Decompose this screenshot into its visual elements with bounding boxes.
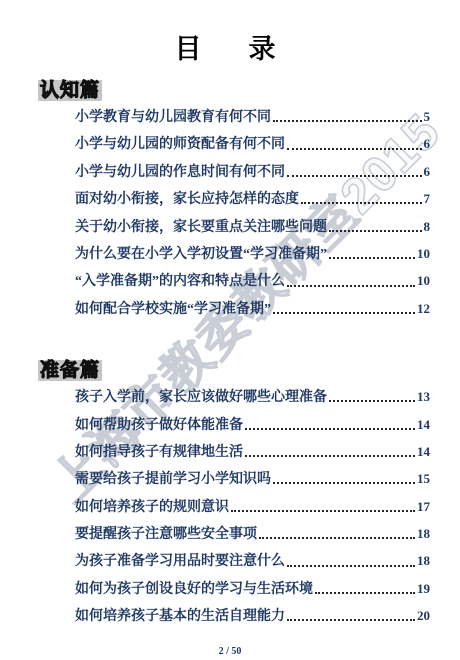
toc-entry-label: 孩子入学前，家长应该做好哪些心理准备 <box>75 384 327 411</box>
toc-entry-page: 14 <box>417 438 430 465</box>
toc-entry-label: 面对幼小衔接，家长应持怎样的态度 <box>75 186 299 213</box>
toc-section: 准备篇 孩子入学前，家长应该做好哪些心理准备 13 如何帮助孩子做好体能准备 1… <box>38 360 430 630</box>
dot-leader <box>273 120 422 122</box>
toc-entry[interactable]: 小学与幼儿园的作息时间有何不同 6 <box>75 158 430 185</box>
section-heading: 准备篇 <box>38 360 102 381</box>
toc-entry-label: 小学与幼儿园的师资配备有何不同 <box>75 131 285 158</box>
dot-leader <box>245 455 415 457</box>
toc-entry-list: 小学教育与幼儿园教育有何不同 5 小学与幼儿园的师资配备有何不同 6 小学与幼儿… <box>75 103 430 322</box>
toc-entry[interactable]: 如何为孩子创设良好的学习与生活环境 19 <box>75 575 430 602</box>
dot-leader <box>287 285 415 287</box>
toc-entry[interactable]: 如何配合学校实施“学习准备期” 12 <box>75 295 430 322</box>
toc-entry-page: 20 <box>417 602 430 629</box>
toc-entry-page: 6 <box>424 130 431 157</box>
toc-entry-page: 12 <box>417 295 430 322</box>
toc-entry[interactable]: 如何培养孩子的规则意识 17 <box>75 493 430 520</box>
dot-leader <box>315 592 415 594</box>
toc-entry-label: 需要给孩子提前学习小学知识吗 <box>75 466 271 493</box>
dot-leader <box>287 619 415 621</box>
toc-entry-label: 关于幼小衔接，家长要重点关注哪些问题 <box>75 214 327 241</box>
page-title: 目 录 <box>38 34 422 64</box>
toc-entry-page: 14 <box>417 411 430 438</box>
toc-entry-page: 19 <box>417 575 430 602</box>
dot-leader <box>287 175 422 177</box>
toc-entry[interactable]: 小学与幼儿园的师资配备有何不同 6 <box>75 130 430 157</box>
dot-leader <box>329 400 415 402</box>
toc-entry-label: 如何帮助孩子做好体能准备 <box>75 412 243 439</box>
toc-content: 目 录 认知篇 小学教育与幼儿园教育有何不同 5 小学与幼儿园的师资配备有何不同… <box>0 0 460 630</box>
toc-entry[interactable]: 为孩子准备学习用品时要注意什么 18 <box>75 547 430 574</box>
toc-entry-label: 如何指导孩子有规律地生活 <box>75 439 243 466</box>
dot-leader <box>301 202 422 204</box>
toc-entry-list: 孩子入学前，家长应该做好哪些心理准备 13 如何帮助孩子做好体能准备 14 如何… <box>75 383 430 630</box>
toc-section: 认知篇 小学教育与幼儿园教育有何不同 5 小学与幼儿园的师资配备有何不同 6 小… <box>38 80 430 322</box>
document-page: 上海市教委教研室2015 目 录 认知篇 小学教育与幼儿园教育有何不同 5 小学… <box>0 0 460 660</box>
toc-entry-label: 如何培养孩子的规则意识 <box>75 494 229 521</box>
section-heading: 认知篇 <box>38 80 102 101</box>
toc-entry-page: 10 <box>417 240 430 267</box>
toc-entry-page: 6 <box>424 158 431 185</box>
toc-entry-label: 如何配合学校实施“学习准备期” <box>75 296 271 323</box>
dot-leader <box>231 510 415 512</box>
toc-entry[interactable]: 孩子入学前，家长应该做好哪些心理准备 13 <box>75 383 430 410</box>
toc-entry-page: 5 <box>424 103 431 130</box>
toc-entry-page: 7 <box>424 185 431 212</box>
toc-entry[interactable]: 为什么要在小学入学初设置“学习准备期” 10 <box>75 240 430 267</box>
toc-entry[interactable]: 如何帮助孩子做好体能准备 14 <box>75 411 430 438</box>
dot-leader <box>287 565 415 567</box>
toc-entry-label: 小学与幼儿园的作息时间有何不同 <box>75 159 285 186</box>
dot-leader <box>287 148 422 150</box>
toc-entry[interactable]: 要提醒孩子注意哪些安全事项 18 <box>75 520 430 547</box>
toc-sections: 认知篇 小学教育与幼儿园教育有何不同 5 小学与幼儿园的师资配备有何不同 6 小… <box>38 80 430 630</box>
toc-entry[interactable]: 面对幼小衔接，家长应持怎样的态度 7 <box>75 185 430 212</box>
dot-leader <box>259 537 415 539</box>
toc-entry-page: 13 <box>417 383 430 410</box>
toc-entry[interactable]: 关于幼小衔接，家长要重点关注哪些问题 8 <box>75 213 430 240</box>
toc-entry-label: 为什么要在小学入学初设置“学习准备期” <box>75 241 327 268</box>
dot-leader <box>273 312 415 314</box>
toc-entry-label: 如何培养孩子基本的生活自理能力 <box>75 603 285 630</box>
dot-leader <box>329 230 422 232</box>
toc-entry-page: 18 <box>417 520 430 547</box>
page-number-indicator: 2 / 50 <box>0 646 460 657</box>
toc-entry[interactable]: 需要给孩子提前学习小学知识吗 15 <box>75 465 430 492</box>
dot-leader <box>273 482 415 484</box>
toc-entry-label: 小学教育与幼儿园教育有何不同 <box>75 104 271 131</box>
toc-entry[interactable]: 如何指导孩子有规律地生活 14 <box>75 438 430 465</box>
toc-entry-page: 17 <box>417 493 430 520</box>
toc-entry-page: 15 <box>417 465 430 492</box>
toc-entry[interactable]: “入学准备期”的内容和特点是什么 10 <box>75 267 430 294</box>
toc-entry-page: 8 <box>424 213 431 240</box>
toc-entry-page: 10 <box>417 267 430 294</box>
toc-entry-label: 要提醒孩子注意哪些安全事项 <box>75 521 257 548</box>
dot-leader <box>245 428 415 430</box>
toc-entry[interactable]: 如何培养孩子基本的生活自理能力 20 <box>75 602 430 629</box>
toc-entry-page: 18 <box>417 547 430 574</box>
toc-entry[interactable]: 小学教育与幼儿园教育有何不同 5 <box>75 103 430 130</box>
toc-entry-label: 如何为孩子创设良好的学习与生活环境 <box>75 576 313 603</box>
toc-entry-label: 为孩子准备学习用品时要注意什么 <box>75 548 285 575</box>
toc-entry-label: “入学准备期”的内容和特点是什么 <box>75 268 285 295</box>
dot-leader <box>329 257 415 259</box>
